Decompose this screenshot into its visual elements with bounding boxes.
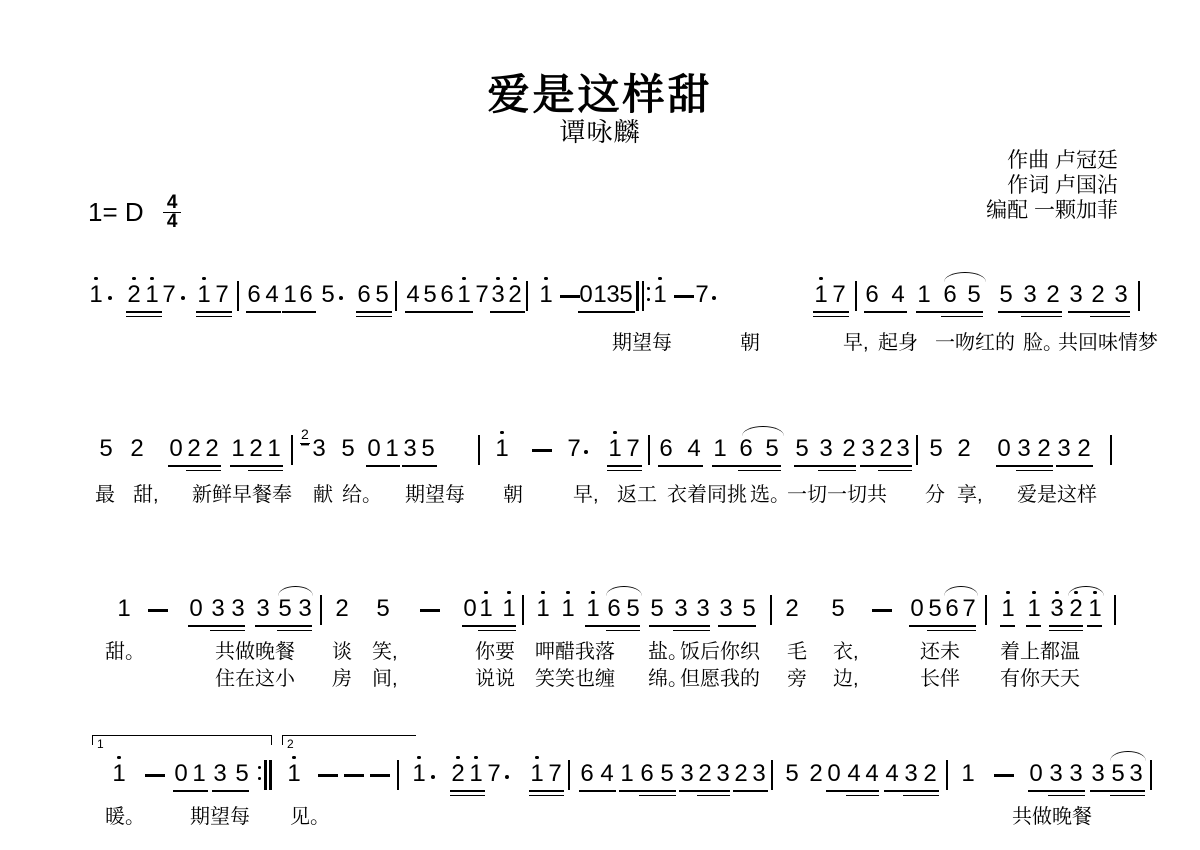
beam-underline [649, 625, 710, 627]
artist-name: 谭咏麟 [0, 112, 1200, 149]
note: 2 [1076, 437, 1092, 461]
credit-arranger: 编配 一颗加菲 [986, 198, 1118, 223]
repeat-begin-dot [647, 287, 650, 290]
key-signature: 1= D 4 4 [88, 194, 181, 230]
rhythm-dot [431, 775, 435, 779]
note: 3 [1113, 283, 1129, 307]
note: 2 [507, 283, 523, 307]
lyric-segment: 住在这小 [215, 668, 295, 690]
lyric-segment: 一吻红的 [935, 332, 1015, 354]
note: 1 [111, 762, 127, 786]
barline [395, 281, 397, 311]
lyric-segment: 毛 [787, 641, 807, 663]
note: 4 [846, 762, 862, 786]
note: 7 [214, 283, 230, 307]
duration-dash [370, 774, 390, 777]
note: 0 [173, 762, 189, 786]
lyric-segment: 期望每 [405, 484, 465, 506]
beam-underline [402, 465, 437, 467]
beam-underline [846, 795, 879, 797]
barline [771, 760, 773, 790]
beam-underline [450, 790, 485, 792]
beam-underline [126, 316, 162, 318]
beam-underline [1090, 790, 1145, 792]
beam-underline [679, 790, 730, 792]
note: 5 [784, 762, 800, 786]
note: 1 [478, 597, 494, 621]
barline [916, 435, 918, 465]
note: 2 [334, 597, 350, 621]
note: 5 [928, 437, 944, 461]
beam-underline [733, 790, 768, 792]
note: 1 [1026, 597, 1042, 621]
duration-dash [344, 774, 364, 777]
note: 5 [830, 597, 846, 621]
note: 2 [697, 762, 713, 786]
beam-underline [1021, 316, 1062, 318]
note: 4 [884, 762, 900, 786]
note: 3 [311, 437, 327, 461]
note: 5 [98, 437, 114, 461]
duration-dash [994, 774, 1014, 777]
beam-underline [277, 630, 312, 632]
beam-underline [639, 795, 676, 797]
lyric-segment: 一切一切共 [787, 484, 887, 506]
beam-underline [996, 465, 1053, 467]
lyric-segment: 饭后你织 [680, 641, 760, 663]
barline [1110, 435, 1112, 465]
rhythm-dot [181, 296, 185, 300]
beam-underline [903, 795, 939, 797]
beam-underline [909, 625, 976, 627]
beam-underline [916, 311, 983, 313]
beam-underline [607, 470, 642, 472]
note: 4 [686, 437, 702, 461]
lyric-segment: 房 [332, 668, 352, 690]
lyric-segment: 朝 [740, 332, 760, 354]
beam-underline [405, 311, 439, 313]
note: 5 [375, 597, 391, 621]
beam-underline [998, 311, 1062, 313]
barline [1150, 760, 1152, 790]
key-text: 1= D [88, 197, 144, 228]
lyric-segment: 衣, [833, 641, 859, 663]
slur-tie-arc [278, 586, 313, 596]
barline [478, 435, 480, 465]
credits-block: 作曲 卢冠廷 作词 卢国沾 编配 一颗加菲 [986, 148, 1118, 223]
lyric-segment: 你要 [475, 641, 515, 663]
note: 2 [922, 762, 938, 786]
note: 2 [733, 762, 749, 786]
barline [568, 760, 570, 790]
lyric-segment: 有你天天 [1000, 668, 1080, 690]
lyric-segment: 说说 [475, 668, 515, 690]
time-signature: 4 4 [163, 194, 182, 230]
beam-underline [607, 465, 642, 467]
note: 5 [741, 597, 757, 621]
beam-underline [658, 465, 703, 467]
note: 1 [230, 437, 246, 461]
duration-dash [674, 295, 694, 298]
barline [770, 595, 772, 625]
repeat-begin-thick-bar [636, 281, 639, 311]
beam-underline [168, 465, 221, 467]
beam-underline [1049, 630, 1083, 632]
note: 1 [196, 283, 212, 307]
note: 7 [161, 283, 177, 307]
beam-underline [282, 311, 316, 313]
note: 7 [474, 283, 490, 307]
lyric-segment: 暖。 [105, 806, 145, 828]
note: 3 [255, 597, 271, 621]
note: 5 [1110, 762, 1126, 786]
lyric-segment: 着上都温 [1000, 641, 1080, 663]
note: 5 [966, 283, 982, 307]
slur-tie-arc [606, 586, 642, 596]
beam-underline [1000, 625, 1015, 627]
note: 1 [411, 762, 427, 786]
note: 2 [841, 437, 857, 461]
note: 3 [1128, 762, 1144, 786]
beam-underline [529, 795, 564, 797]
note: 4 [890, 283, 906, 307]
volta-bracket [282, 735, 416, 745]
beam-underline [818, 470, 856, 472]
note: 3 [751, 762, 767, 786]
note: 1 [88, 283, 104, 307]
note: 3 [718, 597, 734, 621]
note: 2 [956, 437, 972, 461]
beam-underline [1026, 625, 1041, 627]
note: 2 [784, 597, 800, 621]
note: 4 [264, 283, 280, 307]
note: 5 [422, 283, 438, 307]
repeat-begin-thin-bar [642, 281, 644, 311]
lyric-segment: 共做晚餐 [1012, 806, 1092, 828]
note: 5 [618, 283, 634, 307]
lyric-segment: 但愿我的 [680, 668, 760, 690]
note: 1 [535, 597, 551, 621]
beam-underline [826, 790, 879, 792]
lyric-segment: 谈 [332, 641, 352, 663]
lyric-segment: 早, [573, 484, 599, 506]
duration-dash [318, 774, 338, 777]
beam-underline [860, 465, 912, 467]
repeat-end-dot [258, 766, 261, 769]
barline [1114, 595, 1116, 625]
beam-underline [462, 625, 516, 627]
note: 1 [468, 762, 484, 786]
slur-tie-arc [742, 426, 784, 436]
lyric-segment: 甜, [133, 484, 159, 506]
barline [1138, 281, 1140, 311]
beam-underline [606, 630, 640, 632]
beam-underline [1110, 795, 1145, 797]
time-denominator: 4 [163, 213, 182, 230]
note: 3 [1022, 283, 1038, 307]
lyric-segment: 共回味情梦 [1058, 332, 1158, 354]
slur-tie-arc [1068, 586, 1104, 596]
note: 0 [168, 437, 184, 461]
lyric-segment: 期望每 [190, 806, 250, 828]
note: 5 [998, 283, 1014, 307]
note: 4 [864, 762, 880, 786]
beam-underline [230, 465, 283, 467]
lyric-segment: 献 [313, 484, 333, 506]
duration-dash [145, 774, 165, 777]
beam-underline [186, 470, 221, 472]
beam-underline [794, 465, 856, 467]
lyric-segment: 早, [843, 332, 869, 354]
note: 1 [286, 762, 302, 786]
note: 3 [715, 762, 731, 786]
lyric-segment: 旁 [787, 668, 807, 690]
note: 7 [831, 283, 847, 307]
note: 3 [230, 597, 246, 621]
note: 1 [813, 283, 829, 307]
slur-tie-arc [944, 272, 986, 282]
note: 2 [1036, 437, 1052, 461]
note: 1 [144, 283, 160, 307]
lyric-segment: 脸。 [1023, 332, 1063, 354]
credit-lyricist: 作词 卢国沾 [986, 173, 1118, 198]
note: 6 [246, 283, 262, 307]
lyric-segment: 给。 [342, 484, 382, 506]
beam-underline [126, 311, 162, 313]
lyric-segment: 见。 [290, 806, 330, 828]
barline [291, 435, 293, 465]
note: 5 [659, 762, 675, 786]
beam-underline [212, 790, 249, 792]
lyric-segment: 间, [372, 668, 398, 690]
note: 2 [878, 437, 894, 461]
beam-underline [529, 790, 564, 792]
note: 7 [961, 597, 977, 621]
note: 2 [129, 437, 145, 461]
beam-underline [188, 625, 245, 627]
note: 5 [320, 283, 336, 307]
barline [985, 595, 987, 625]
note: 6 [738, 437, 754, 461]
beam-underline [813, 316, 849, 318]
note: 6 [606, 597, 622, 621]
note: 5 [420, 437, 436, 461]
note: 5 [374, 283, 390, 307]
note: 7 [547, 762, 563, 786]
beam-underline [450, 795, 485, 797]
beam-underline [1090, 316, 1130, 318]
note: 1 [652, 283, 668, 307]
barline [946, 760, 948, 790]
note: 0 [826, 762, 842, 786]
note: 6 [639, 762, 655, 786]
lyric-segment: 享, [957, 484, 983, 506]
beam-underline [927, 630, 976, 632]
lyric-segment: 期望每 [612, 332, 672, 354]
beam-underline [439, 311, 473, 313]
lyric-segment: 选。 [750, 484, 790, 506]
barline [855, 281, 857, 311]
note: 3 [490, 283, 506, 307]
volta-number: 2 [287, 738, 294, 750]
lyric-segment: 新鲜早餐奉 [192, 484, 292, 506]
note: 0 [996, 437, 1012, 461]
beam-underline [619, 790, 676, 792]
note: 3 [1056, 437, 1072, 461]
beam-underline [248, 470, 283, 472]
repeat-end-thick-bar [269, 760, 272, 790]
beam-underline [478, 630, 516, 632]
lyric-segment: 爱是这样 [1017, 484, 1097, 506]
slur-tie-arc [1110, 751, 1146, 761]
beam-underline [605, 311, 635, 313]
beam-underline [864, 311, 907, 313]
beam-underline [1068, 311, 1130, 313]
rhythm-dot [339, 296, 343, 300]
note: 2 [126, 283, 142, 307]
rhythm-dot [584, 450, 588, 454]
beam-underline [718, 625, 756, 627]
beam-underline [578, 311, 608, 313]
note: 5 [649, 597, 665, 621]
beam-underline [490, 311, 525, 313]
note: 3 [402, 437, 418, 461]
volta-bracket [92, 735, 272, 745]
note: 3 [673, 597, 689, 621]
beam-underline [712, 465, 781, 467]
lyric-segment: 返工 [617, 484, 657, 506]
beam-underline [1028, 790, 1085, 792]
note: 6 [658, 437, 674, 461]
duration-dash [148, 609, 168, 612]
note: 5 [277, 597, 293, 621]
beam-underline [356, 316, 392, 318]
note: 7 [486, 762, 502, 786]
slur-tie-arc [944, 586, 978, 596]
beam-underline [356, 311, 392, 313]
note: 5 [927, 597, 943, 621]
note: 1 [282, 283, 298, 307]
lyric-segment: 起身 [878, 332, 918, 354]
beam-underline [196, 311, 232, 313]
note: 7 [694, 283, 710, 307]
beam-underline [255, 625, 312, 627]
beam-underline [246, 311, 281, 313]
note: 1 [191, 762, 207, 786]
note: 2 [1045, 283, 1061, 307]
beam-underline [579, 790, 616, 792]
lyric-segment: 甜。 [105, 641, 145, 663]
note: 4 [405, 283, 421, 307]
duration-dash [872, 609, 892, 612]
note: 0 [909, 597, 925, 621]
note: 3 [210, 597, 226, 621]
note: 3 [1090, 762, 1106, 786]
barline [397, 760, 399, 790]
note: 1 [529, 762, 545, 786]
note: 0 [1028, 762, 1044, 786]
note: 2 [808, 762, 824, 786]
note: 7 [625, 437, 641, 461]
beam-underline [878, 470, 912, 472]
beam-underline [210, 630, 245, 632]
beam-underline [697, 795, 730, 797]
note: 5 [234, 762, 250, 786]
note: 6 [944, 597, 960, 621]
note: 5 [340, 437, 356, 461]
sheet-music-page: 爱是这样甜 谭咏麟 作曲 卢冠廷 作词 卢国沾 编配 一颗加菲 1= D 4 4… [0, 0, 1200, 850]
beam-underline [173, 790, 208, 792]
duration-dash [560, 295, 580, 298]
note: 4 [599, 762, 615, 786]
credit-composer: 作曲 卢冠廷 [986, 148, 1118, 173]
beam-underline [196, 316, 232, 318]
note: 1 [585, 597, 601, 621]
beam-underline [941, 316, 983, 318]
beam-underline [813, 311, 849, 313]
note: 1 [960, 762, 976, 786]
beam-underline [1048, 795, 1085, 797]
note: 1 [916, 283, 932, 307]
note: 6 [579, 762, 595, 786]
note: 1 [494, 437, 510, 461]
note: 6 [864, 283, 880, 307]
barline [526, 281, 528, 311]
beam-underline [1087, 625, 1102, 627]
grace-note: 2 [300, 427, 310, 444]
barline [648, 435, 650, 465]
note: 6 [942, 283, 958, 307]
note: 2 [450, 762, 466, 786]
note: 3 [1068, 762, 1084, 786]
lyric-segment: 长伴 [920, 668, 960, 690]
note: 1 [501, 597, 517, 621]
note: 1 [116, 597, 132, 621]
note: 2 [1090, 283, 1106, 307]
note: 1 [538, 283, 554, 307]
lyric-segment: 衣着同挑 [667, 484, 747, 506]
note: 0 [462, 597, 478, 621]
duration-dash [532, 449, 552, 452]
barline [320, 595, 322, 625]
rhythm-dot [505, 775, 509, 779]
repeat-begin-dot [647, 298, 650, 301]
barline [237, 281, 239, 311]
note: 3 [903, 762, 919, 786]
barline [522, 595, 524, 625]
volta-number: 1 [97, 738, 104, 750]
note: 1 [1087, 597, 1103, 621]
lyric-segment: 笑, [372, 641, 398, 663]
note: 3 [1068, 283, 1084, 307]
duration-dash [420, 609, 440, 612]
note: 6 [356, 283, 372, 307]
lyric-segment: 笑笑也缠 [535, 668, 615, 690]
lyric-segment: 朝 [503, 484, 523, 506]
beam-underline [585, 625, 640, 627]
note: 2 [186, 437, 202, 461]
beam-underline [1056, 465, 1093, 467]
note: 3 [1016, 437, 1032, 461]
note: 1 [619, 762, 635, 786]
note: 3 [860, 437, 876, 461]
note: 2 [204, 437, 220, 461]
note: 1 [712, 437, 728, 461]
note: 5 [764, 437, 780, 461]
note: 3 [895, 437, 911, 461]
rhythm-dot [712, 296, 716, 300]
beam-underline [884, 790, 939, 792]
